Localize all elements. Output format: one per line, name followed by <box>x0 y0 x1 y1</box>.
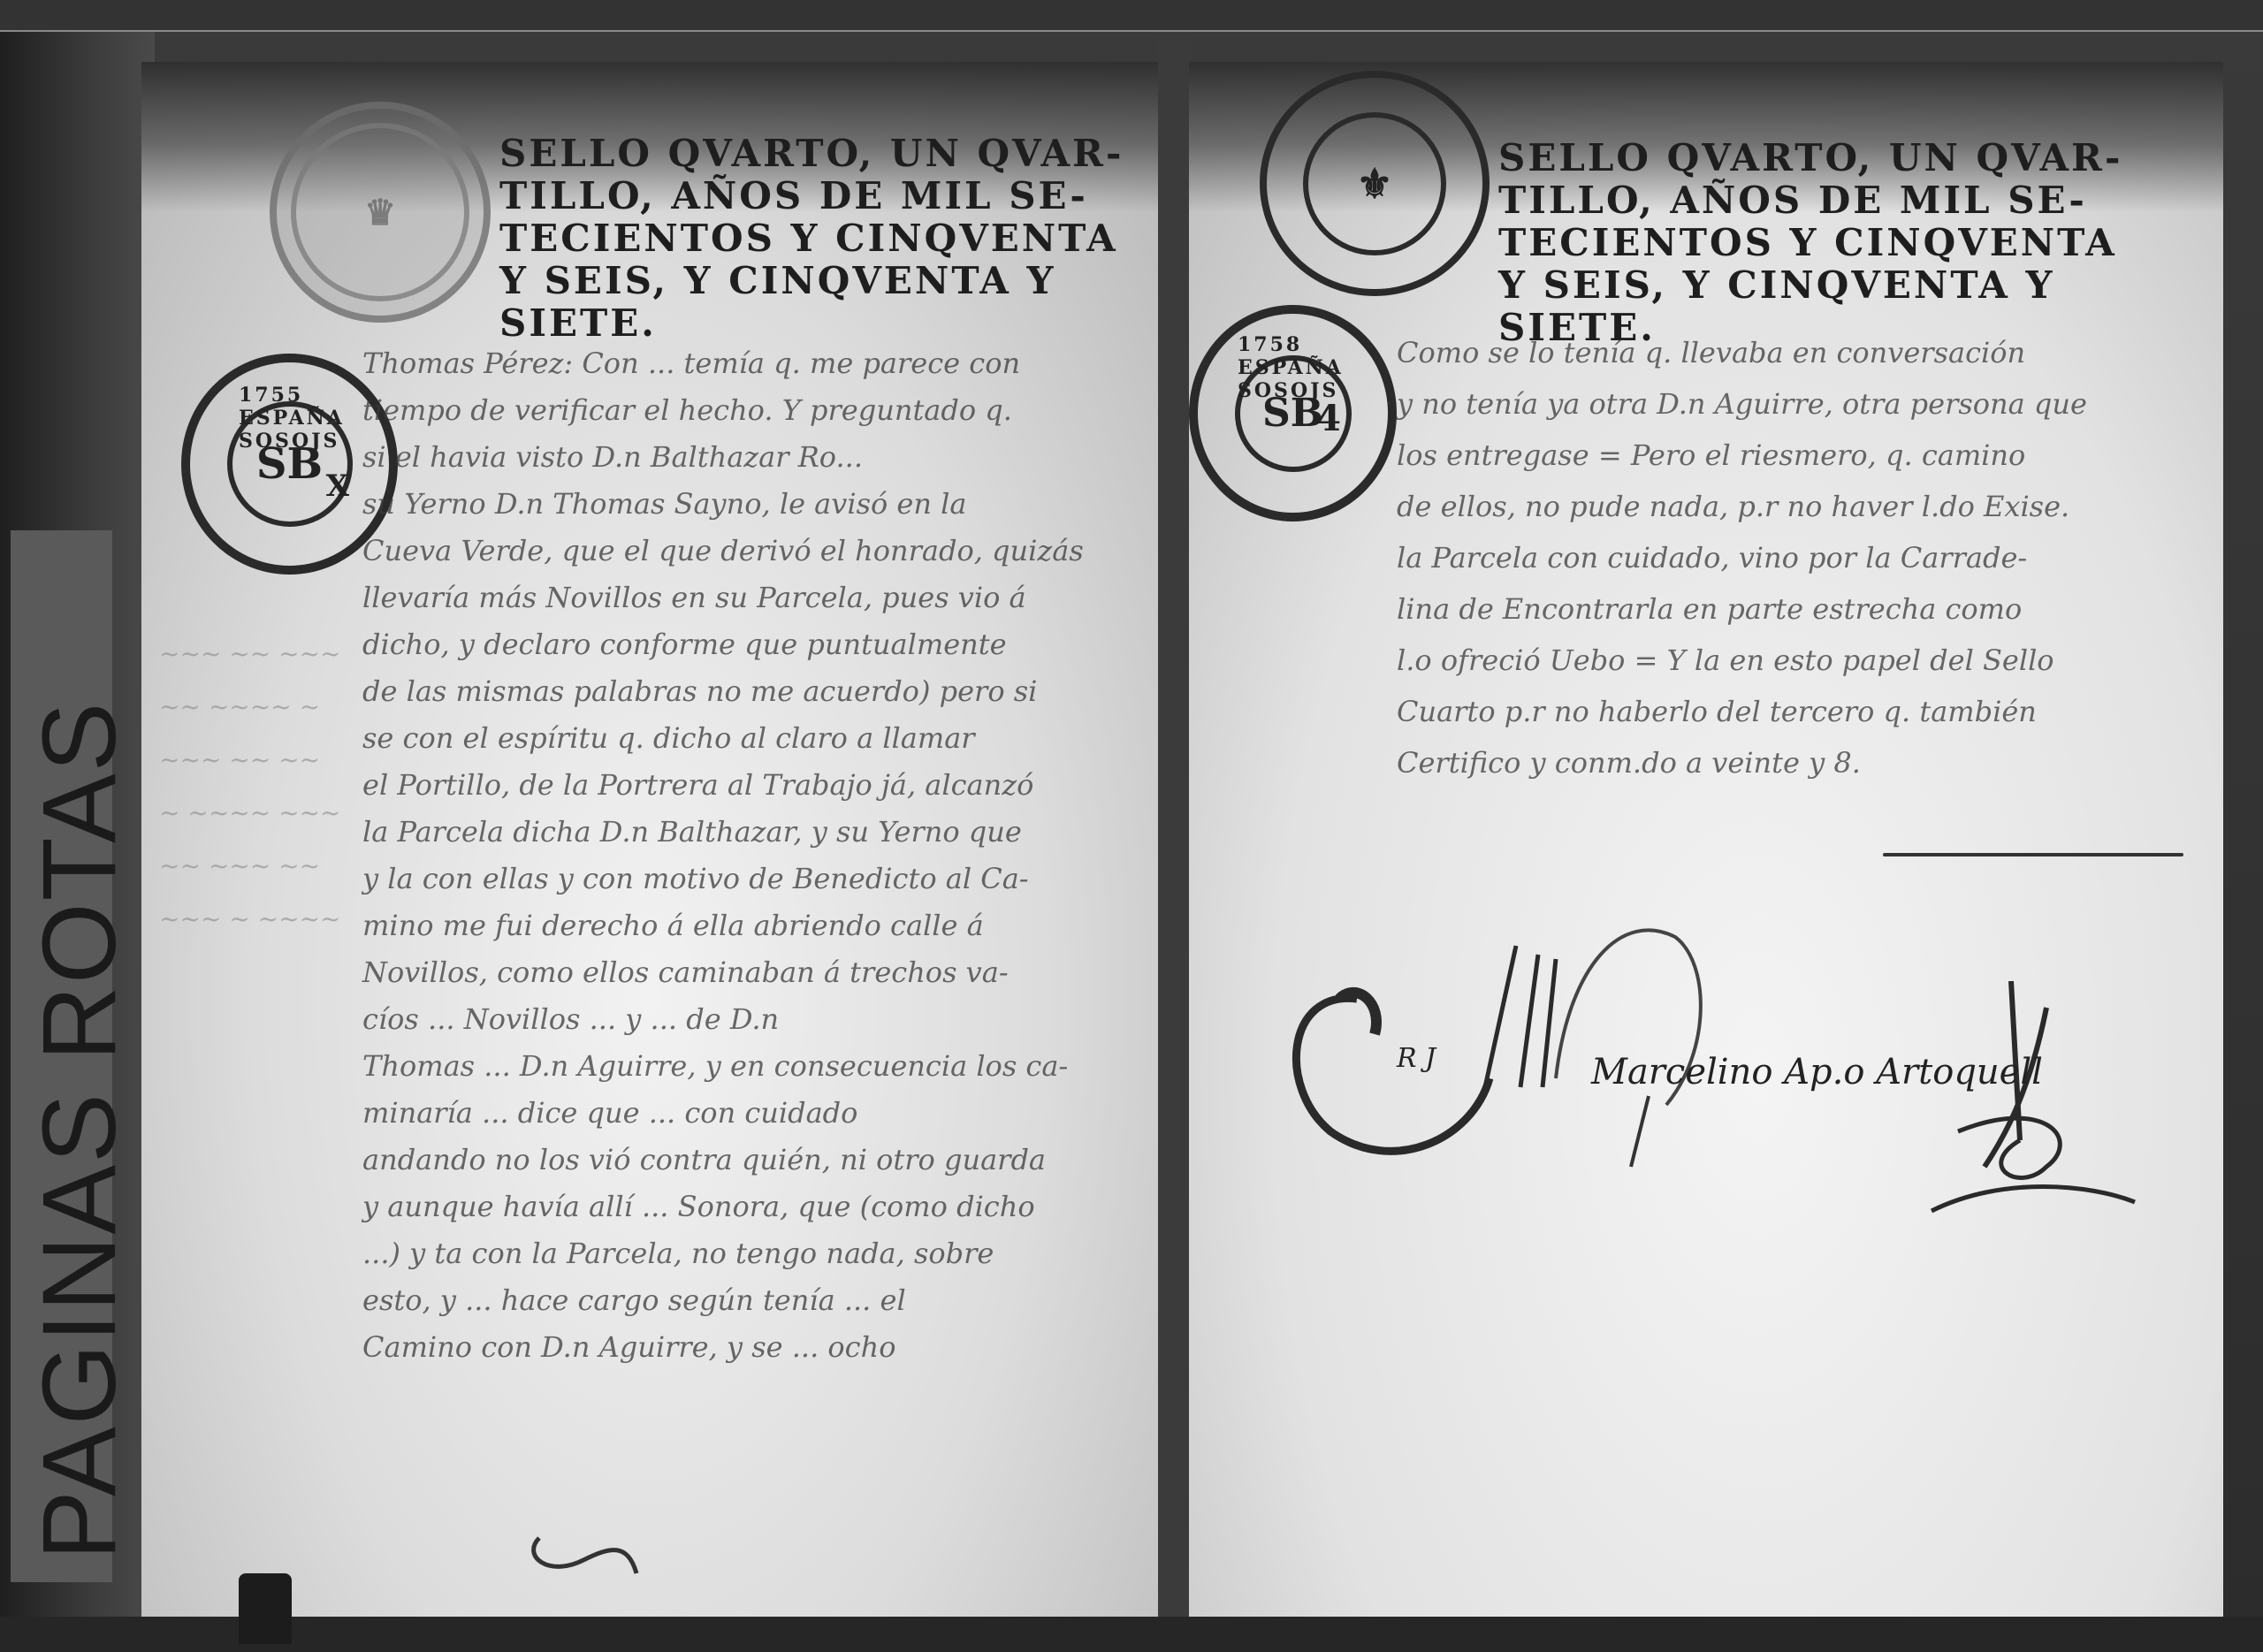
handwritten-line: Thomas Pérez: Con ... temía q. me parece… <box>362 340 1084 387</box>
left-page-handwriting: Thomas Pérez: Con ... temía q. me parece… <box>362 340 1084 1371</box>
handwritten-line: los entregase = Pero el riesmero, q. cam… <box>1397 430 2087 481</box>
handwritten-line: se con el espíritu q. dicho al claro a l… <box>362 715 1084 762</box>
handwritten-line: andando no los vió contra quién, ni otro… <box>362 1137 1084 1184</box>
handwritten-line: dicho, y declaro conforme que puntualmen… <box>362 621 1084 668</box>
handwritten-line: Como se lo tenía q. llevaba en conversac… <box>1397 327 2087 378</box>
right-page: ⚜ SB 1758 ESPAÑA SOSOJS 4 SELLO QVARTO, … <box>1189 62 2223 1622</box>
handwritten-line: de las mismas palabras no me acuerdo) pe… <box>362 668 1084 715</box>
handwritten-line: Thomas ... D.n Aguirre, y en consecuenci… <box>362 1043 1084 1090</box>
handwritten-line: l.o ofreció Uebo = Y la en esto papel de… <box>1397 635 2087 686</box>
crown-seal-icon: ♛ <box>270 102 491 323</box>
handwritten-line: minaría ... dice que ... con cuidado <box>362 1090 1084 1137</box>
closing-flourish-icon <box>513 1511 690 1582</box>
handwritten-line: de ellos, no pude nada, p.r no haver l.d… <box>1397 481 2087 532</box>
signature-initials: R J <box>1397 1043 1436 1074</box>
stamped-paper-header: SELLO QVARTO, UN QVAR- TILLO, AÑOS DE MI… <box>499 133 1124 345</box>
handwritten-line: la Parcela dicha D.n Balthazar, y su Yer… <box>362 809 1084 856</box>
handwritten-line: la Parcela con cuidado, vino por la Carr… <box>1397 532 2087 583</box>
handwritten-line: lina de Encontrarla en parte estrecha co… <box>1397 583 2087 635</box>
handwritten-line: Novillos, como ellos caminaban á trechos… <box>362 949 1084 996</box>
header-line: TILLO, AÑOS DE MIL SE- <box>499 175 1124 217</box>
handwritten-line: ...) y ta con la Parcela, no tengo nada,… <box>362 1230 1084 1277</box>
header-line: SELLO QVARTO, UN QVAR- <box>1498 137 2122 179</box>
header-line: TILLO, AÑOS DE MIL SE- <box>1498 179 2122 222</box>
handwritten-line: llevaría más Novillos en su Parcela, pue… <box>362 575 1084 621</box>
handwritten-line: y no tenía ya otra D.n Aguirre, otra per… <box>1397 378 2087 430</box>
header-line: SELLO QVARTO, UN QVAR- <box>499 133 1124 175</box>
header-line: TECIENTOS Y CINQVENTA <box>1498 222 2122 264</box>
handwritten-line: y la con ellas y con motivo de Benedicto… <box>362 856 1084 902</box>
header-line: TECIENTOS Y CINQVENTA <box>499 217 1124 260</box>
bleed-through-text: ~~~ ~~ ~~~~~ ~~~~ ~~~~ ~~ ~~~ ~~~~ ~~~~~… <box>159 628 341 946</box>
film-bottom-edge <box>0 1617 2263 1652</box>
handwritten-line: mino me fui derecho á ella abriendo call… <box>362 902 1084 949</box>
stamped-paper-header: SELLO QVARTO, UN QVAR- TILLO, AÑOS DE MI… <box>1498 137 2122 349</box>
handwritten-line: Cuarto p.r no haberlo del tercero q. tam… <box>1397 686 2087 737</box>
handwritten-line: Certifico y conm.do a veinte y 8. <box>1397 737 2087 788</box>
closing-rule-line <box>1883 853 2183 856</box>
handwritten-line: cíos ... Novillos ... y ... de D.n <box>362 996 1084 1043</box>
film-top-edge <box>0 0 2263 32</box>
handwritten-line: Camino con D.n Aguirre, y se ... ocho <box>362 1324 1084 1371</box>
handwritten-line: y aunque havía allí ... Sonora, que (com… <box>362 1184 1084 1230</box>
header-line: Y SEIS, Y CINQVENTA Y <box>499 260 1124 302</box>
left-page: ♛ SB 1755 ESPAÑA SOSOJS X SELLO QVARTO, … <box>141 62 1158 1622</box>
crown-seal-icon: ⚜ <box>1260 71 1490 296</box>
header-line: Y SEIS, Y CINQVENTA Y <box>1498 264 2122 307</box>
handwritten-line: Cueva Verde, que el que derivó el honrad… <box>362 528 1084 575</box>
handwritten-line: su Yerno D.n Thomas Sayno, le avisó en l… <box>362 481 1084 528</box>
signature-name: Marcelino Ap.o Artoquell <box>1591 1052 2043 1092</box>
page-clip-weight <box>239 1573 292 1644</box>
handwritten-line: tiempo de verificar el hecho. Y pregunta… <box>362 387 1084 434</box>
ink-stamp-icon: SB 1758 ESPAÑA SOSOJS 4 <box>1189 305 1397 521</box>
handwritten-line: el Portillo, de la Portrera al Trabajo j… <box>362 762 1084 809</box>
handwritten-line: esto, y ... hace cargo según tenía ... e… <box>362 1277 1084 1324</box>
right-page-handwriting: Como se lo tenía q. llevaba en conversac… <box>1397 327 2087 788</box>
stamp-mark: 4 <box>1316 398 1344 439</box>
book-binding-gutter <box>1158 35 1192 1626</box>
damage-label-text: PAGINAS ROTAS <box>19 701 140 1560</box>
handwritten-line: si el havia visto D.n Balthazar Ro... <box>362 434 1084 481</box>
stamp-mark: X <box>326 468 352 504</box>
stamp-ring-text: 1758 ESPAÑA SOSOJS <box>1238 333 1388 402</box>
header-line: SIETE. <box>499 302 1124 345</box>
